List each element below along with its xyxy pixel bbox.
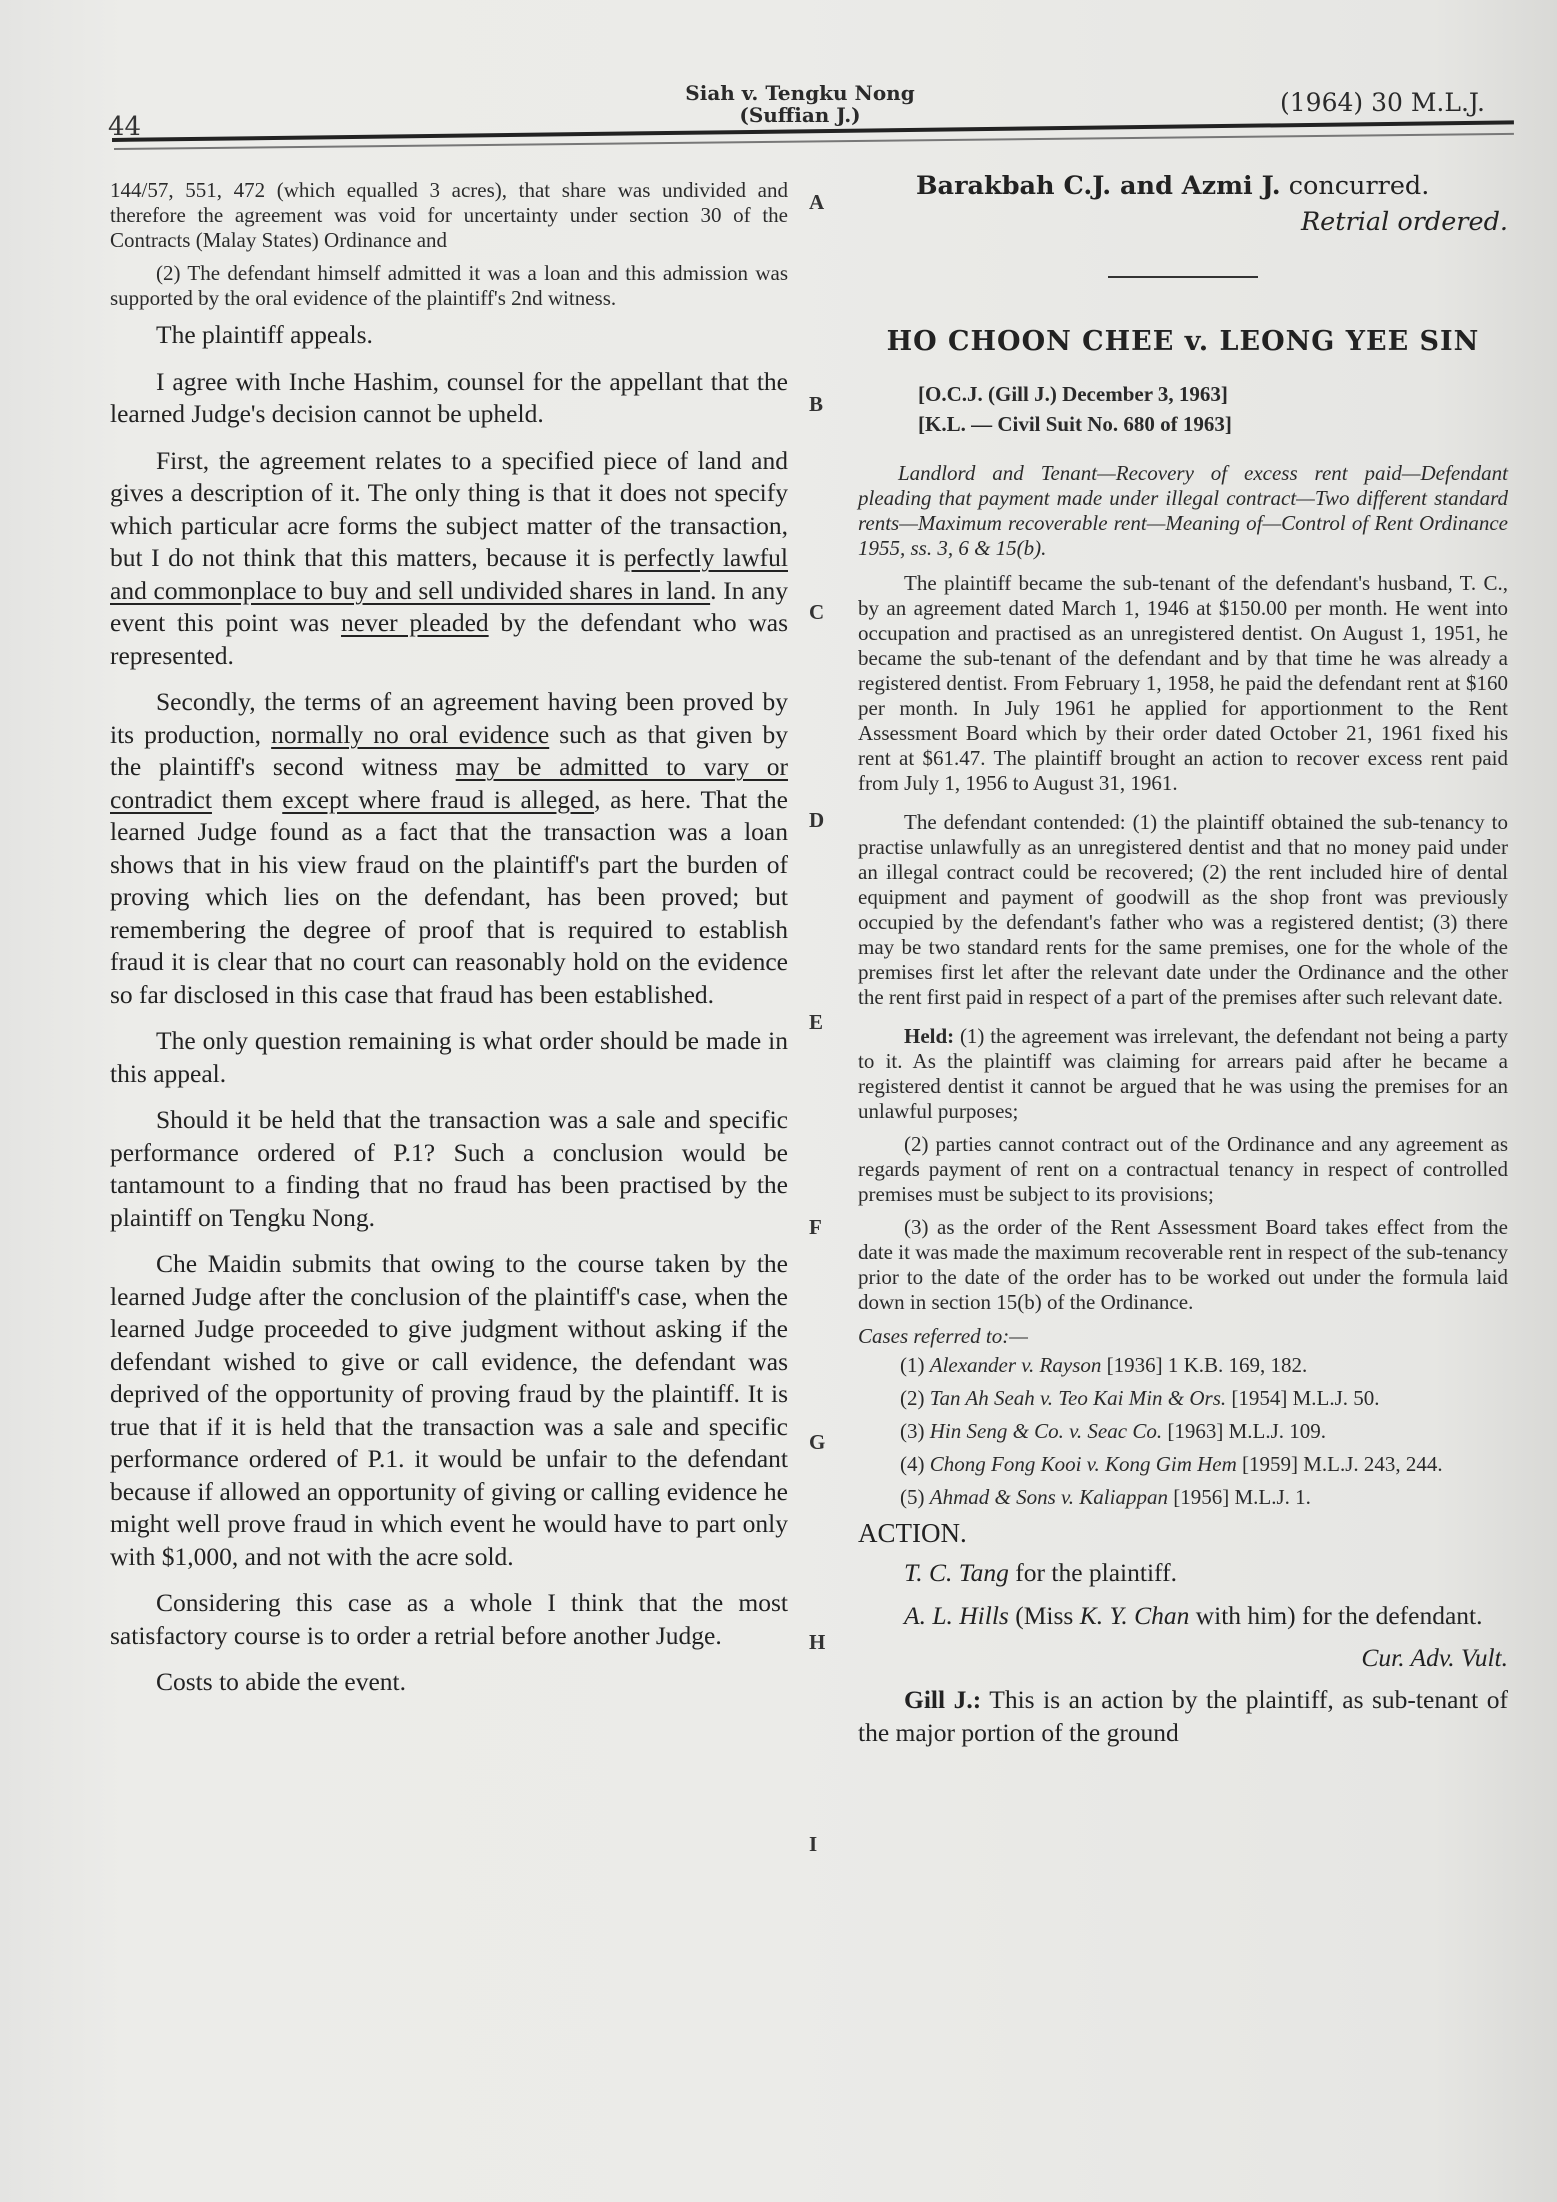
margin-letter-a: A [809, 190, 824, 215]
margin-letter-f: F [809, 1215, 822, 1240]
held-label: Held: [904, 1024, 954, 1048]
running-title-judge: (Suffian J.) [600, 104, 1000, 126]
paragraph-agree: I agree with Inche Hashim, counsel for t… [110, 366, 788, 431]
text-run: , as here. That the learned Judge found … [110, 785, 788, 1009]
margin-letter-i: I [809, 1832, 817, 1857]
case-reference: [1959] M.L.J. 243, 244. [1237, 1452, 1443, 1476]
paragraph-grounds-2: (2) The defendant himself admitted it wa… [110, 261, 788, 311]
text-run: for the plaintiff. [1009, 1558, 1177, 1587]
suit-number-line: [K.L. — Civil Suit No. 680 of 1963] [858, 409, 1508, 439]
paragraph-first: First, the agreement relates to a specif… [110, 445, 788, 673]
text-run: with him) for the defendant. [1189, 1601, 1482, 1630]
paragraph-secondly: Secondly, the terms of an agreement havi… [110, 686, 788, 1011]
margin-letter-h: H [809, 1630, 825, 1655]
paragraph-appeal: The plaintiff appeals. [110, 319, 788, 352]
counsel-name: T. C. Tang [904, 1558, 1009, 1587]
case-name: Tan Ah Seah v. Teo Kai Min & Ors. [930, 1386, 1226, 1410]
headnote-held-2: (2) parties cannot contract out of the O… [858, 1132, 1508, 1207]
counsel-defendant: A. L. Hills (Miss K. Y. Chan with him) f… [858, 1600, 1508, 1633]
case-separator-rule [1108, 276, 1258, 278]
margin-letter-d: D [809, 808, 824, 833]
headnote-held-1: Held: (1) the agreement was irrelevant, … [858, 1024, 1508, 1124]
case-name: Chong Fong Kooi v. Kong Gim Hem [930, 1452, 1237, 1476]
case-number: (2) [900, 1386, 925, 1410]
case-citation: (2) Tan Ah Seah v. Teo Kai Min & Ors. [1… [858, 1386, 1508, 1411]
court-date-line: [O.C.J. (Gill J.) December 3, 1963] [858, 379, 1508, 409]
case-citation: (4) Chong Fong Kooi v. Kong Gim Hem [195… [858, 1452, 1508, 1477]
case-title: HO CHOON CHEE v. LEONG YEE SIN [858, 326, 1508, 357]
margin-letter-e: E [809, 1010, 823, 1035]
concurring-judges: Barakbah C.J. and Azmi J. [916, 171, 1281, 201]
case-reference: [1936] 1 K.B. 169, 182. [1101, 1353, 1307, 1377]
case-number: (4) [900, 1452, 925, 1476]
report-citation: (1964) 30 M.L.J. [1280, 88, 1485, 117]
case-name: Ahmad & Sons v. Kaliappan [930, 1485, 1168, 1509]
text-run: (1) the agreement was irrelevant, the de… [858, 1024, 1508, 1123]
paragraph-costs: Costs to abide the event. [110, 1666, 788, 1699]
counsel-plaintiff: T. C. Tang for the plaintiff. [858, 1557, 1508, 1590]
action-heading: ACTION. [858, 1518, 1508, 1549]
running-title: Siah v. Tengku Nong (Suffian J.) [600, 82, 1000, 126]
case-name: Hin Seng & Co. v. Seac Co. [930, 1419, 1162, 1443]
catchwords: Landlord and Tenant—Recovery of excess r… [858, 461, 1508, 561]
case-number: (5) [900, 1485, 925, 1509]
case-citation: (1) Alexander v. Rayson [1936] 1 K.B. 16… [858, 1353, 1508, 1378]
running-title-case: Siah v. Tengku Nong [600, 82, 1000, 104]
counsel-name: A. L. Hills [904, 1601, 1009, 1630]
cases-list: (1) Alexander v. Rayson [1936] 1 K.B. 16… [858, 1353, 1508, 1510]
judgment-opening: Gill J.: This is an action by the plaint… [858, 1684, 1508, 1749]
case-reference: [1954] M.L.J. 50. [1226, 1386, 1379, 1410]
case-citation: (3) Hin Seng & Co. v. Seac Co. [1963] M.… [858, 1419, 1508, 1444]
margin-letter-c: C [809, 600, 824, 625]
text-run: them [212, 785, 282, 814]
paragraph-grounds-1: 144/57, 551, 472 (which equalled 3 acres… [110, 178, 788, 253]
judge-label: Gill J.: [904, 1685, 981, 1714]
paragraph-question: The only question remaining is what orde… [110, 1025, 788, 1090]
case-reference: [1963] M.L.J. 109. [1162, 1419, 1326, 1443]
order-line: Retrial ordered. [858, 206, 1508, 238]
case-name: Alexander v. Rayson [930, 1353, 1102, 1377]
paragraph-sale: Should it be held that the transaction w… [110, 1104, 788, 1234]
left-column: 144/57, 551, 472 (which equalled 3 acres… [110, 178, 788, 1713]
paragraph-che-maidin: Che Maidin submits that owing to the cou… [110, 1248, 788, 1573]
text-run: (Miss [1009, 1601, 1080, 1630]
margin-letter-b: B [809, 392, 823, 417]
cases-referred-heading: Cases referred to:— [858, 1323, 1508, 1349]
junior-counsel-name: K. Y. Chan [1080, 1601, 1190, 1630]
underlined-text: normally no oral evidence [271, 720, 549, 749]
underlined-text: except where fraud is alleged [282, 785, 594, 814]
case-citation: (5) Ahmad & Sons v. Kaliappan [1956] M.L… [858, 1485, 1508, 1510]
concurrence: Barakbah C.J. and Azmi J. concurred. [858, 170, 1508, 202]
paragraph-retrial: Considering this case as a whole I think… [110, 1587, 788, 1652]
right-column: Barakbah C.J. and Azmi J. concurred. Ret… [858, 170, 1508, 1759]
case-number: (3) [900, 1419, 925, 1443]
text-run: concurred. [1281, 171, 1430, 201]
case-reference: [1956] M.L.J. 1. [1168, 1485, 1311, 1509]
headnote-contentions: The defendant contended: (1) the plainti… [858, 810, 1508, 1010]
headnote-held-3: (3) as the order of the Rent Assessment … [858, 1215, 1508, 1315]
cur-adv-vult: Cur. Adv. Vult. [858, 1642, 1508, 1674]
document-page: 44 Siah v. Tengku Nong (Suffian J.) (196… [0, 0, 1557, 2202]
margin-letter-g: G [809, 1430, 825, 1455]
underlined-text: never pleaded [341, 608, 489, 637]
case-number: (1) [900, 1353, 925, 1377]
headnote-facts: The plaintiff became the sub-tenant of t… [858, 571, 1508, 796]
